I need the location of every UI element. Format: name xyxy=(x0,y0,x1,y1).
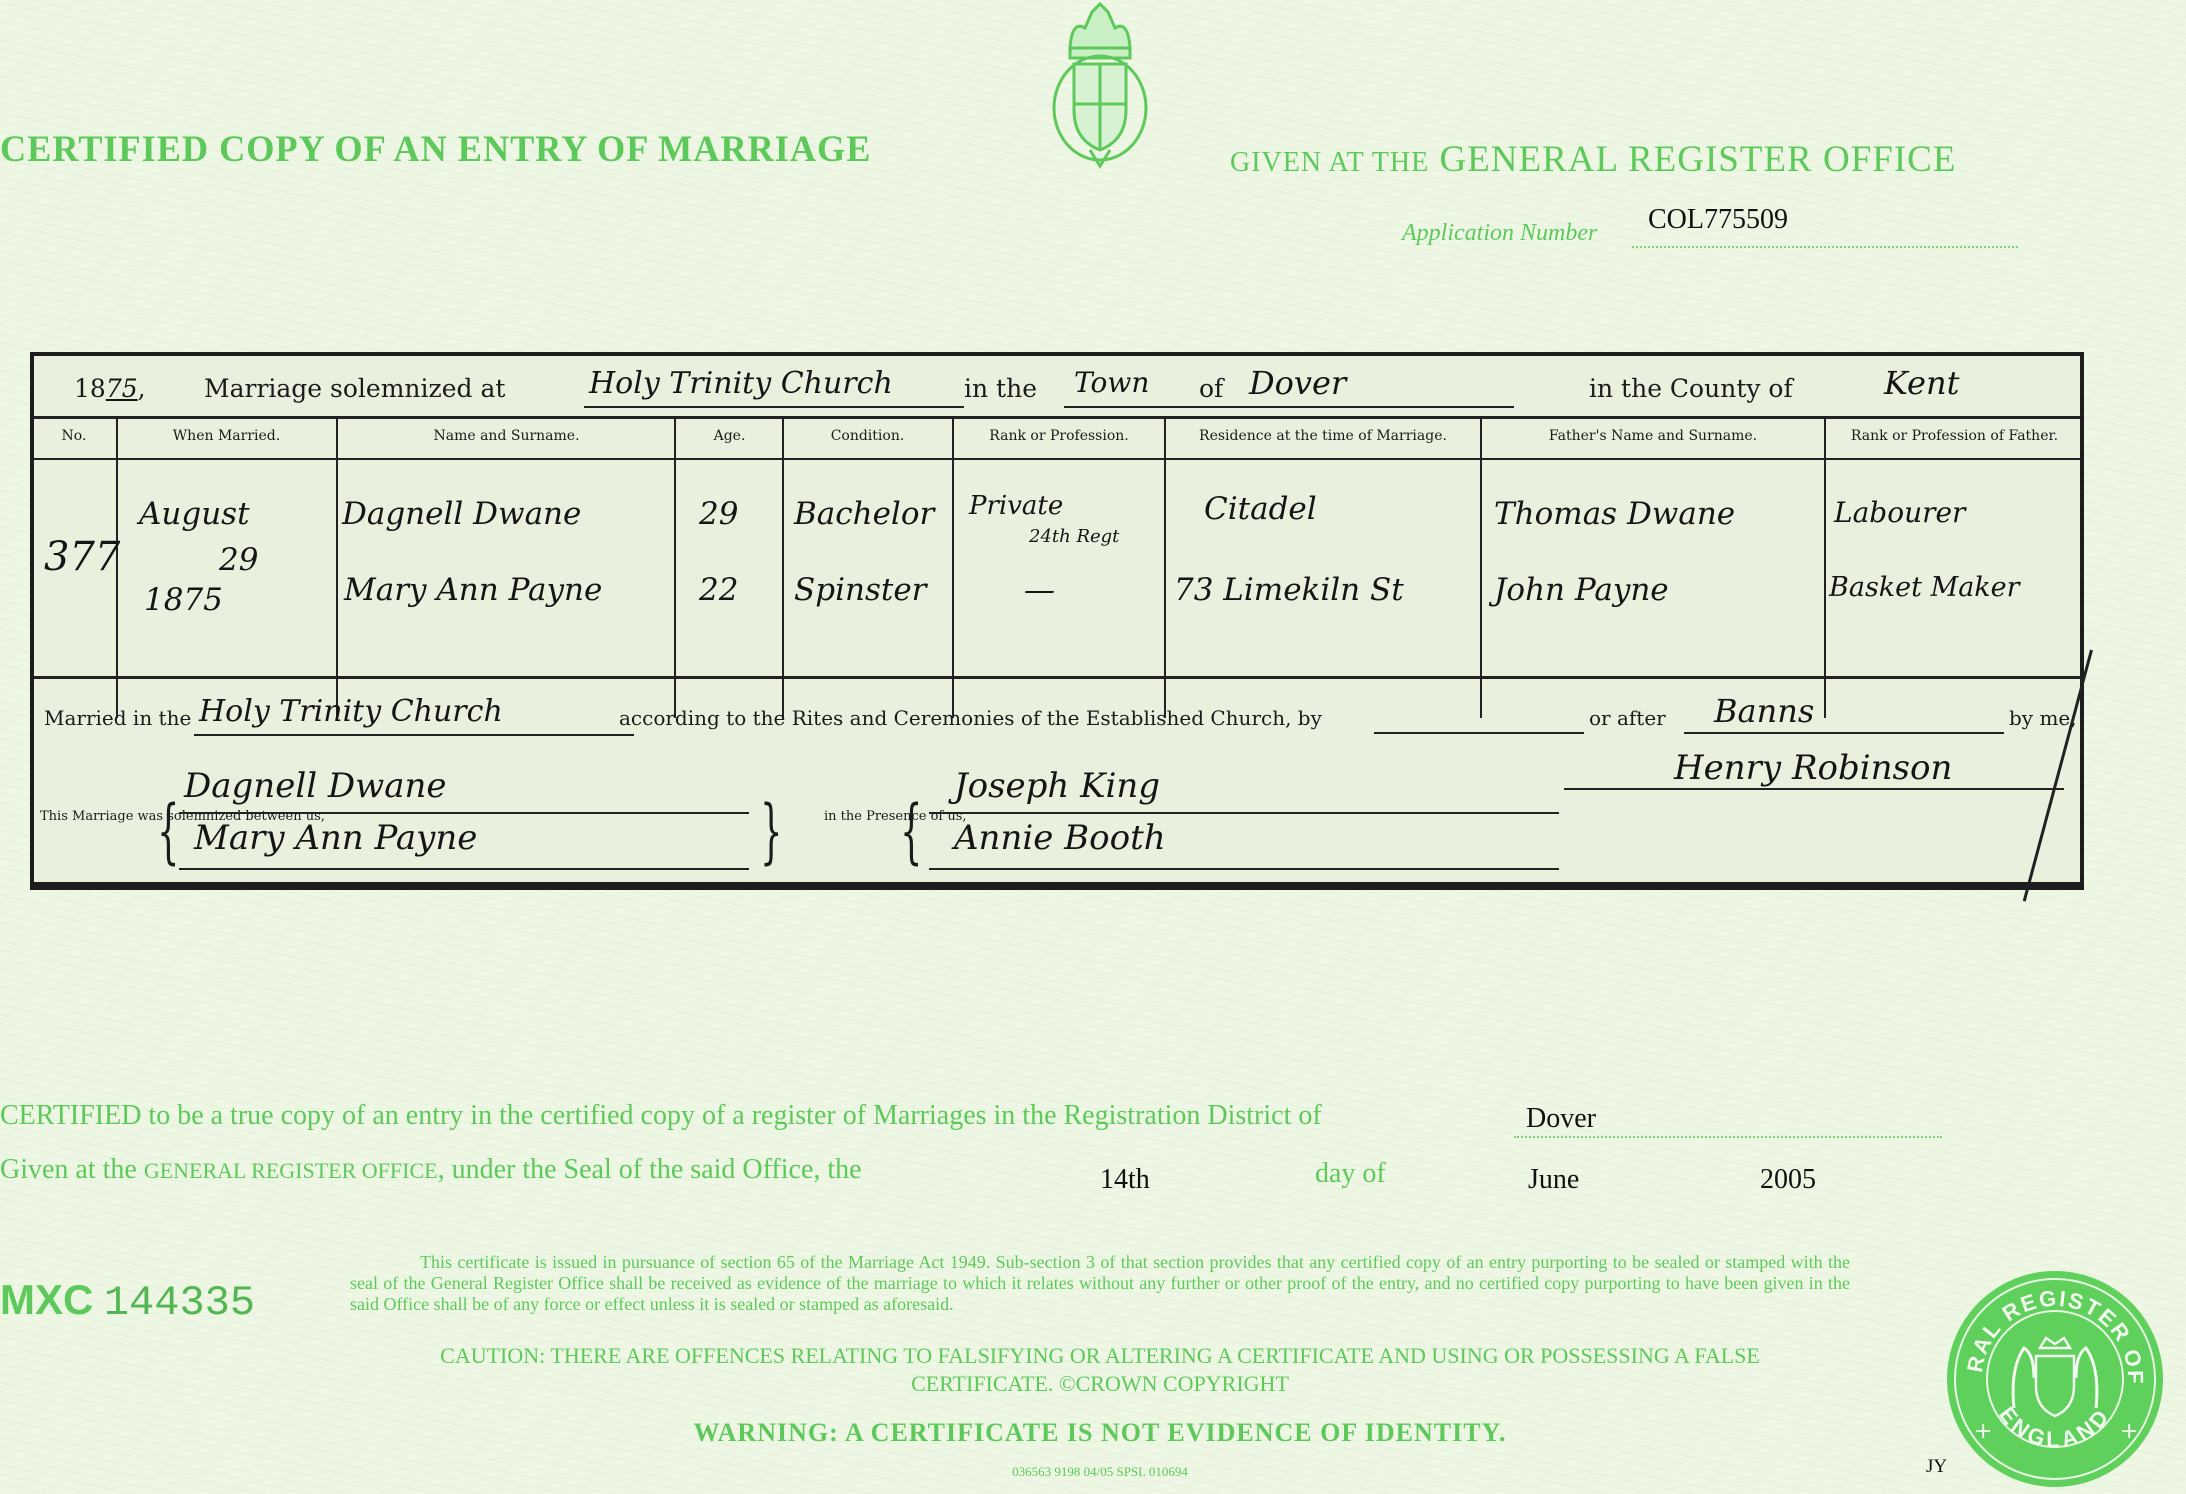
groom-profession-note: 24th Regt xyxy=(1029,526,1119,547)
certificate-title: CERTIFIED COPY OF AN ENTRY OF MARRIAGE xyxy=(0,128,871,171)
caution-notice: CAUTION: THERE ARE OFFENCES RELATING TO … xyxy=(370,1342,1830,1398)
bride-profession: — xyxy=(1024,572,1055,608)
col-header-name: Name and Surname. xyxy=(344,428,669,444)
col-header-age: Age. xyxy=(682,428,777,444)
in-the-label: in the xyxy=(964,374,1037,403)
bride-age: 22 xyxy=(699,572,738,608)
between-label: This Marriage was solemnized between us, xyxy=(40,810,160,824)
register-district: Dover xyxy=(1249,364,1346,402)
of-label: of xyxy=(1199,374,1223,403)
certified-month-value: June xyxy=(1528,1164,1579,1196)
col-header-condition: Condition. xyxy=(790,428,945,444)
certified-lead: CERTIFIED xyxy=(0,1100,141,1131)
groom-age: 29 xyxy=(699,496,738,532)
brace-right: } xyxy=(760,796,782,866)
bride-condition: Spinster xyxy=(794,572,927,608)
party-signature-bride: Mary Ann Payne xyxy=(194,818,477,858)
serial-prefix: MXC xyxy=(0,1276,93,1323)
officiant-signature: Henry Robinson xyxy=(1674,748,1952,788)
print-code: 036563 9198 04/05 SPSL 010694 xyxy=(300,1464,1900,1480)
identity-warning: WARNING: A CERTIFICATE IS NOT EVIDENCE O… xyxy=(300,1418,1900,1448)
given-at-heading: Given at the GENERAL REGISTER OFFICE xyxy=(1230,138,1956,181)
witness-signature-1: Joseph King xyxy=(954,766,1160,806)
married-year: 1875 xyxy=(144,582,223,618)
county-label: in the County of xyxy=(1589,374,1793,403)
married-in-label: Married in the xyxy=(44,706,191,730)
presence-label: in the Presence of us, xyxy=(824,810,894,824)
groom-condition: Bachelor xyxy=(794,496,934,532)
application-number-value: COL775509 xyxy=(1648,204,1788,236)
given-at-prefix: Given at the xyxy=(1230,147,1429,178)
certified-year-value: 2005 xyxy=(1760,1164,1816,1196)
groom-residence: Citadel xyxy=(1204,491,1317,527)
gro-seal-icon: GENERAL REGISTER OFFICE ENGLAND + + xyxy=(1944,1268,2166,1490)
bride-name: Mary Ann Payne xyxy=(344,572,602,608)
gro-smallcaps: General Register Office xyxy=(144,1158,438,1183)
groom-profession: Private xyxy=(969,491,1063,521)
bride-father-profession: Basket Maker xyxy=(1829,572,2020,603)
col-header-residence: Residence at the time of Marriage. xyxy=(1172,428,1474,444)
serial-number: 144335 xyxy=(104,1279,255,1327)
party-signature-groom: Dagnell Dwane xyxy=(184,766,447,806)
legal-notice: This certificate is issued in pursuance … xyxy=(350,1252,1850,1315)
married-day: 29 xyxy=(219,542,258,578)
by-me-label: by me, xyxy=(2009,706,2077,730)
married-month: August xyxy=(139,496,250,532)
brace-witness: { xyxy=(900,796,922,866)
or-after-label: or after xyxy=(1589,706,1666,730)
svg-text:+: + xyxy=(2120,1419,2138,1444)
certification-line-1: CERTIFIED to be a true copy of an entry … xyxy=(0,1100,1322,1132)
solemnized-place: Holy Trinity Church xyxy=(589,366,893,401)
register-county: Kent xyxy=(1884,364,1959,402)
certified-text: to be a true copy of an entry in the cer… xyxy=(148,1100,1321,1131)
registration-district-value: Dover xyxy=(1526,1103,1596,1135)
svg-text:+: + xyxy=(1974,1419,1992,1444)
register-year: 1875, xyxy=(74,374,146,403)
or-after-value: Banns xyxy=(1714,692,1814,730)
entry-number: 377 xyxy=(44,534,120,580)
bride-residence: 73 Limekiln St xyxy=(1174,572,1404,608)
day-of-label: day of xyxy=(1315,1158,1386,1190)
district-line xyxy=(1514,1136,1942,1138)
register-entry: 1875, Marriage solemnized at Holy Trinit… xyxy=(30,352,2084,890)
royal-coat-of-arms-icon xyxy=(1040,0,1160,170)
bride-father-name: John Payne xyxy=(1494,572,1669,608)
col-header-no: No. xyxy=(44,428,104,444)
col-header-when-married: When Married. xyxy=(124,428,329,444)
col-header-father-name: Father's Name and Surname. xyxy=(1488,428,1818,444)
married-in-place: Holy Trinity Church xyxy=(199,694,503,729)
district-type: Town xyxy=(1074,366,1149,399)
brace-left: { xyxy=(157,796,179,866)
certification-line-2: Given at the General Register Office, un… xyxy=(0,1154,862,1186)
solemnized-label: Marriage solemnized at xyxy=(204,374,505,403)
groom-father-name: Thomas Dwane xyxy=(1494,496,1735,532)
entry-bottom-rule xyxy=(34,676,2080,679)
certified-day-value: 14th xyxy=(1100,1164,1150,1196)
witness-signature-2: Annie Booth xyxy=(954,818,1166,858)
given-at-office: GENERAL REGISTER OFFICE xyxy=(1439,139,1956,180)
certificate-serial: MXC 144335 xyxy=(0,1276,255,1327)
application-number-label: Application Number xyxy=(1402,220,1597,247)
col-header-rank: Rank or Profession. xyxy=(960,428,1158,444)
groom-father-profession: Labourer xyxy=(1834,496,1965,529)
rites-text: according to the Rites and Ceremonies of… xyxy=(619,706,1322,730)
col-header-father-rank: Rank or Profession of Father. xyxy=(1832,428,2077,444)
groom-name: Dagnell Dwane xyxy=(342,496,581,532)
application-number-line xyxy=(1632,246,2018,248)
